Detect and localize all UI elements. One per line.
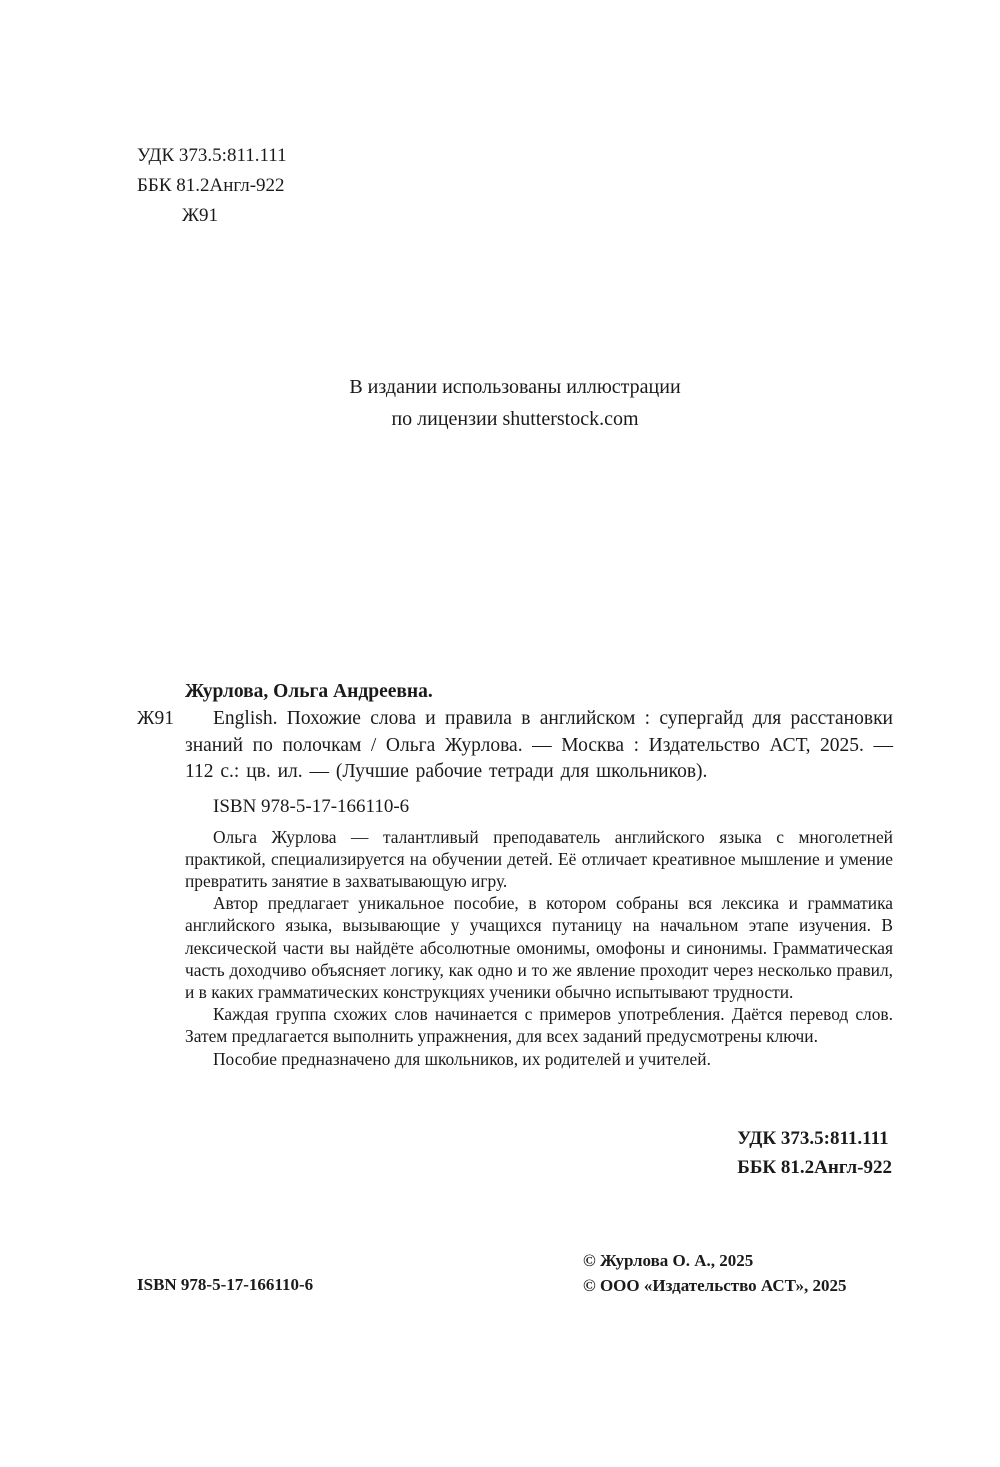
udk-code-bottom: УДК 373.5:811.111 bbox=[737, 1124, 892, 1153]
bibliographic-entry: Ж91 English. Похожие слова и правила в а… bbox=[185, 706, 893, 786]
footer-isbn: ISBN 978-5-17-166110-6 bbox=[137, 1272, 313, 1298]
bbk-code-bottom: ББК 81.2Англ-922 bbox=[737, 1153, 892, 1182]
illustration-notice-line-2: по лицензии shutterstock.com bbox=[250, 403, 780, 435]
copyright-author: © Журлова О. А., 2025 bbox=[583, 1248, 847, 1273]
annotation-paragraph: Автор предлагает уникальное пособие, в к… bbox=[185, 892, 893, 1003]
annotation: Ольга Журлова — талантливый преподавател… bbox=[185, 826, 893, 1070]
copyright-block: © Журлова О. А., 2025 © ООО «Издательств… bbox=[583, 1248, 847, 1298]
entry-isbn: ISBN 978-5-17-166110-6 bbox=[213, 793, 893, 821]
annotation-paragraph: Ольга Журлова — талантливый преподавател… bbox=[185, 826, 893, 893]
classification-codes-top: УДК 373.5:811.111 ББК 81.2Англ-922 Ж91 bbox=[137, 141, 287, 231]
author-heading: Журлова, Ольга Андреевна. bbox=[185, 678, 893, 706]
entry-author-mark: Ж91 bbox=[137, 706, 174, 733]
illustration-notice: В издании использованы иллюстрации по ли… bbox=[250, 371, 780, 435]
entry-text: English. Похожие слова и правила в англи… bbox=[185, 708, 893, 782]
annotation-paragraph: Пособие предназначено для школьников, их… bbox=[185, 1048, 893, 1070]
author-mark: Ж91 bbox=[137, 201, 287, 231]
udk-code: УДК 373.5:811.111 bbox=[137, 141, 287, 171]
annotation-paragraph: Каждая группа схожих слов начинается с п… bbox=[185, 1003, 893, 1047]
bibliographic-record: Журлова, Ольга Андреевна. Ж91 English. П… bbox=[137, 678, 893, 1070]
bbk-code: ББК 81.2Англ-922 bbox=[137, 171, 287, 201]
classification-codes-bottom: УДК 373.5:811.111 ББК 81.2Англ-922 bbox=[737, 1124, 892, 1182]
illustration-notice-line-1: В издании использованы иллюстрации bbox=[250, 371, 780, 403]
copyright-publisher: © ООО «Издательство АСТ», 2025 bbox=[583, 1273, 847, 1298]
